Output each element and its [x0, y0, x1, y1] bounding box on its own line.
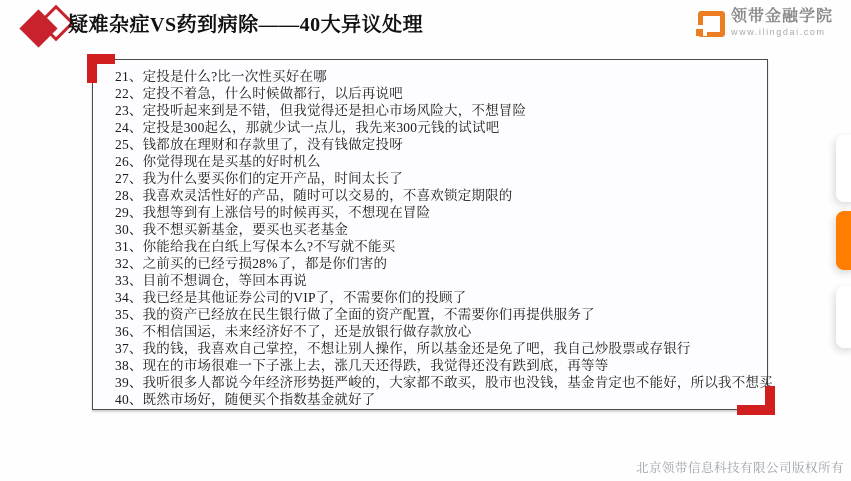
- brand-logo: 领带金融学院 www.ilingdai.com: [695, 8, 833, 37]
- list-item: 33、目前不想调仓，等回本再说: [115, 272, 757, 289]
- logo-dot-icon: [696, 29, 703, 36]
- page-title: 疑难杂症VS药到病除——40大异议处理: [68, 8, 423, 37]
- list-item: 34、我已经是其他证券公司的VIP了，不需要你们的投顾了: [115, 289, 757, 306]
- list-item: 35、我的资产已经放在民生银行做了全面的资产配置，不需要你们再提供服务了: [115, 306, 757, 323]
- list-item: 25、钱都放在理财和存款里了，没有钱做定投呀: [115, 136, 757, 153]
- panel-corner-bottom-right: [737, 386, 775, 415]
- side-widget-white-bottom[interactable]: [836, 286, 851, 348]
- list-item: 31、你能给我在白纸上写保本么?不写就不能买: [115, 238, 757, 255]
- list-item: 36、不相信国运，未来经济好不了，还是放银行做存款放心: [115, 323, 757, 340]
- list-item: 40、既然市场好，随便买个指数基金就好了: [115, 391, 757, 408]
- title-diamond-icon: [22, 5, 72, 51]
- list-item: 32、之前买的已经亏损28%了，都是你们害的: [115, 255, 757, 272]
- list-item: 29、我想等到有上涨信号的时候再买，不想现在冒险: [115, 204, 757, 221]
- list-item: 39、我听很多人都说今年经济形势挺严峻的，大家都不敢买，股市也没钱，基金肯定也不…: [115, 374, 757, 391]
- objection-list: 21、定投是什么?比一次性买好在哪22、定投不着急，什么时候做都行，以后再说吧2…: [93, 60, 767, 408]
- list-item: 26、你觉得现在是买基的好时机么: [115, 153, 757, 170]
- side-widget-orange[interactable]: [836, 211, 851, 270]
- side-widget-white-top[interactable]: [836, 135, 851, 202]
- list-item: 23、定投听起来到是不错，但我觉得还是担心市场风险大，不想冒险: [115, 102, 757, 119]
- list-item: 27、我为什么要买你们的定开产品，时间太长了: [115, 170, 757, 187]
- list-item: 37、我的钱，我喜欢自己掌控，不想让别人操作，所以基金还是免了吧，我自己炒股票或…: [115, 340, 757, 357]
- list-item: 22、定投不着急，什么时候做都行，以后再说吧: [115, 85, 757, 102]
- list-item: 30、我不想买新基金，要买也买老基金: [115, 221, 757, 238]
- brand-name: 领带金融学院: [731, 8, 833, 26]
- list-item: 28、我喜欢灵活性好的产品，随时可以交易的，不喜欢锁定期限的: [115, 187, 757, 204]
- list-item: 21、定投是什么?比一次性买好在哪: [115, 68, 757, 85]
- list-item: 38、现在的市场很难一下子涨上去，涨几天还得跌，我觉得还没有跌到底，再等等: [115, 357, 757, 374]
- brand-url: www.ilingdai.com: [731, 28, 833, 38]
- list-item: 24、定投是300起么，那就少试一点儿，我先来300元钱的试试吧: [115, 119, 757, 136]
- copyright-text: 北京领带信息科技有限公司版权所有: [636, 458, 844, 476]
- objection-list-panel: 21、定投是什么?比一次性买好在哪22、定投不着急，什么时候做都行，以后再说吧2…: [92, 59, 768, 410]
- brand-logo-icon: [695, 10, 722, 36]
- panel-corner-top-left: [87, 54, 115, 83]
